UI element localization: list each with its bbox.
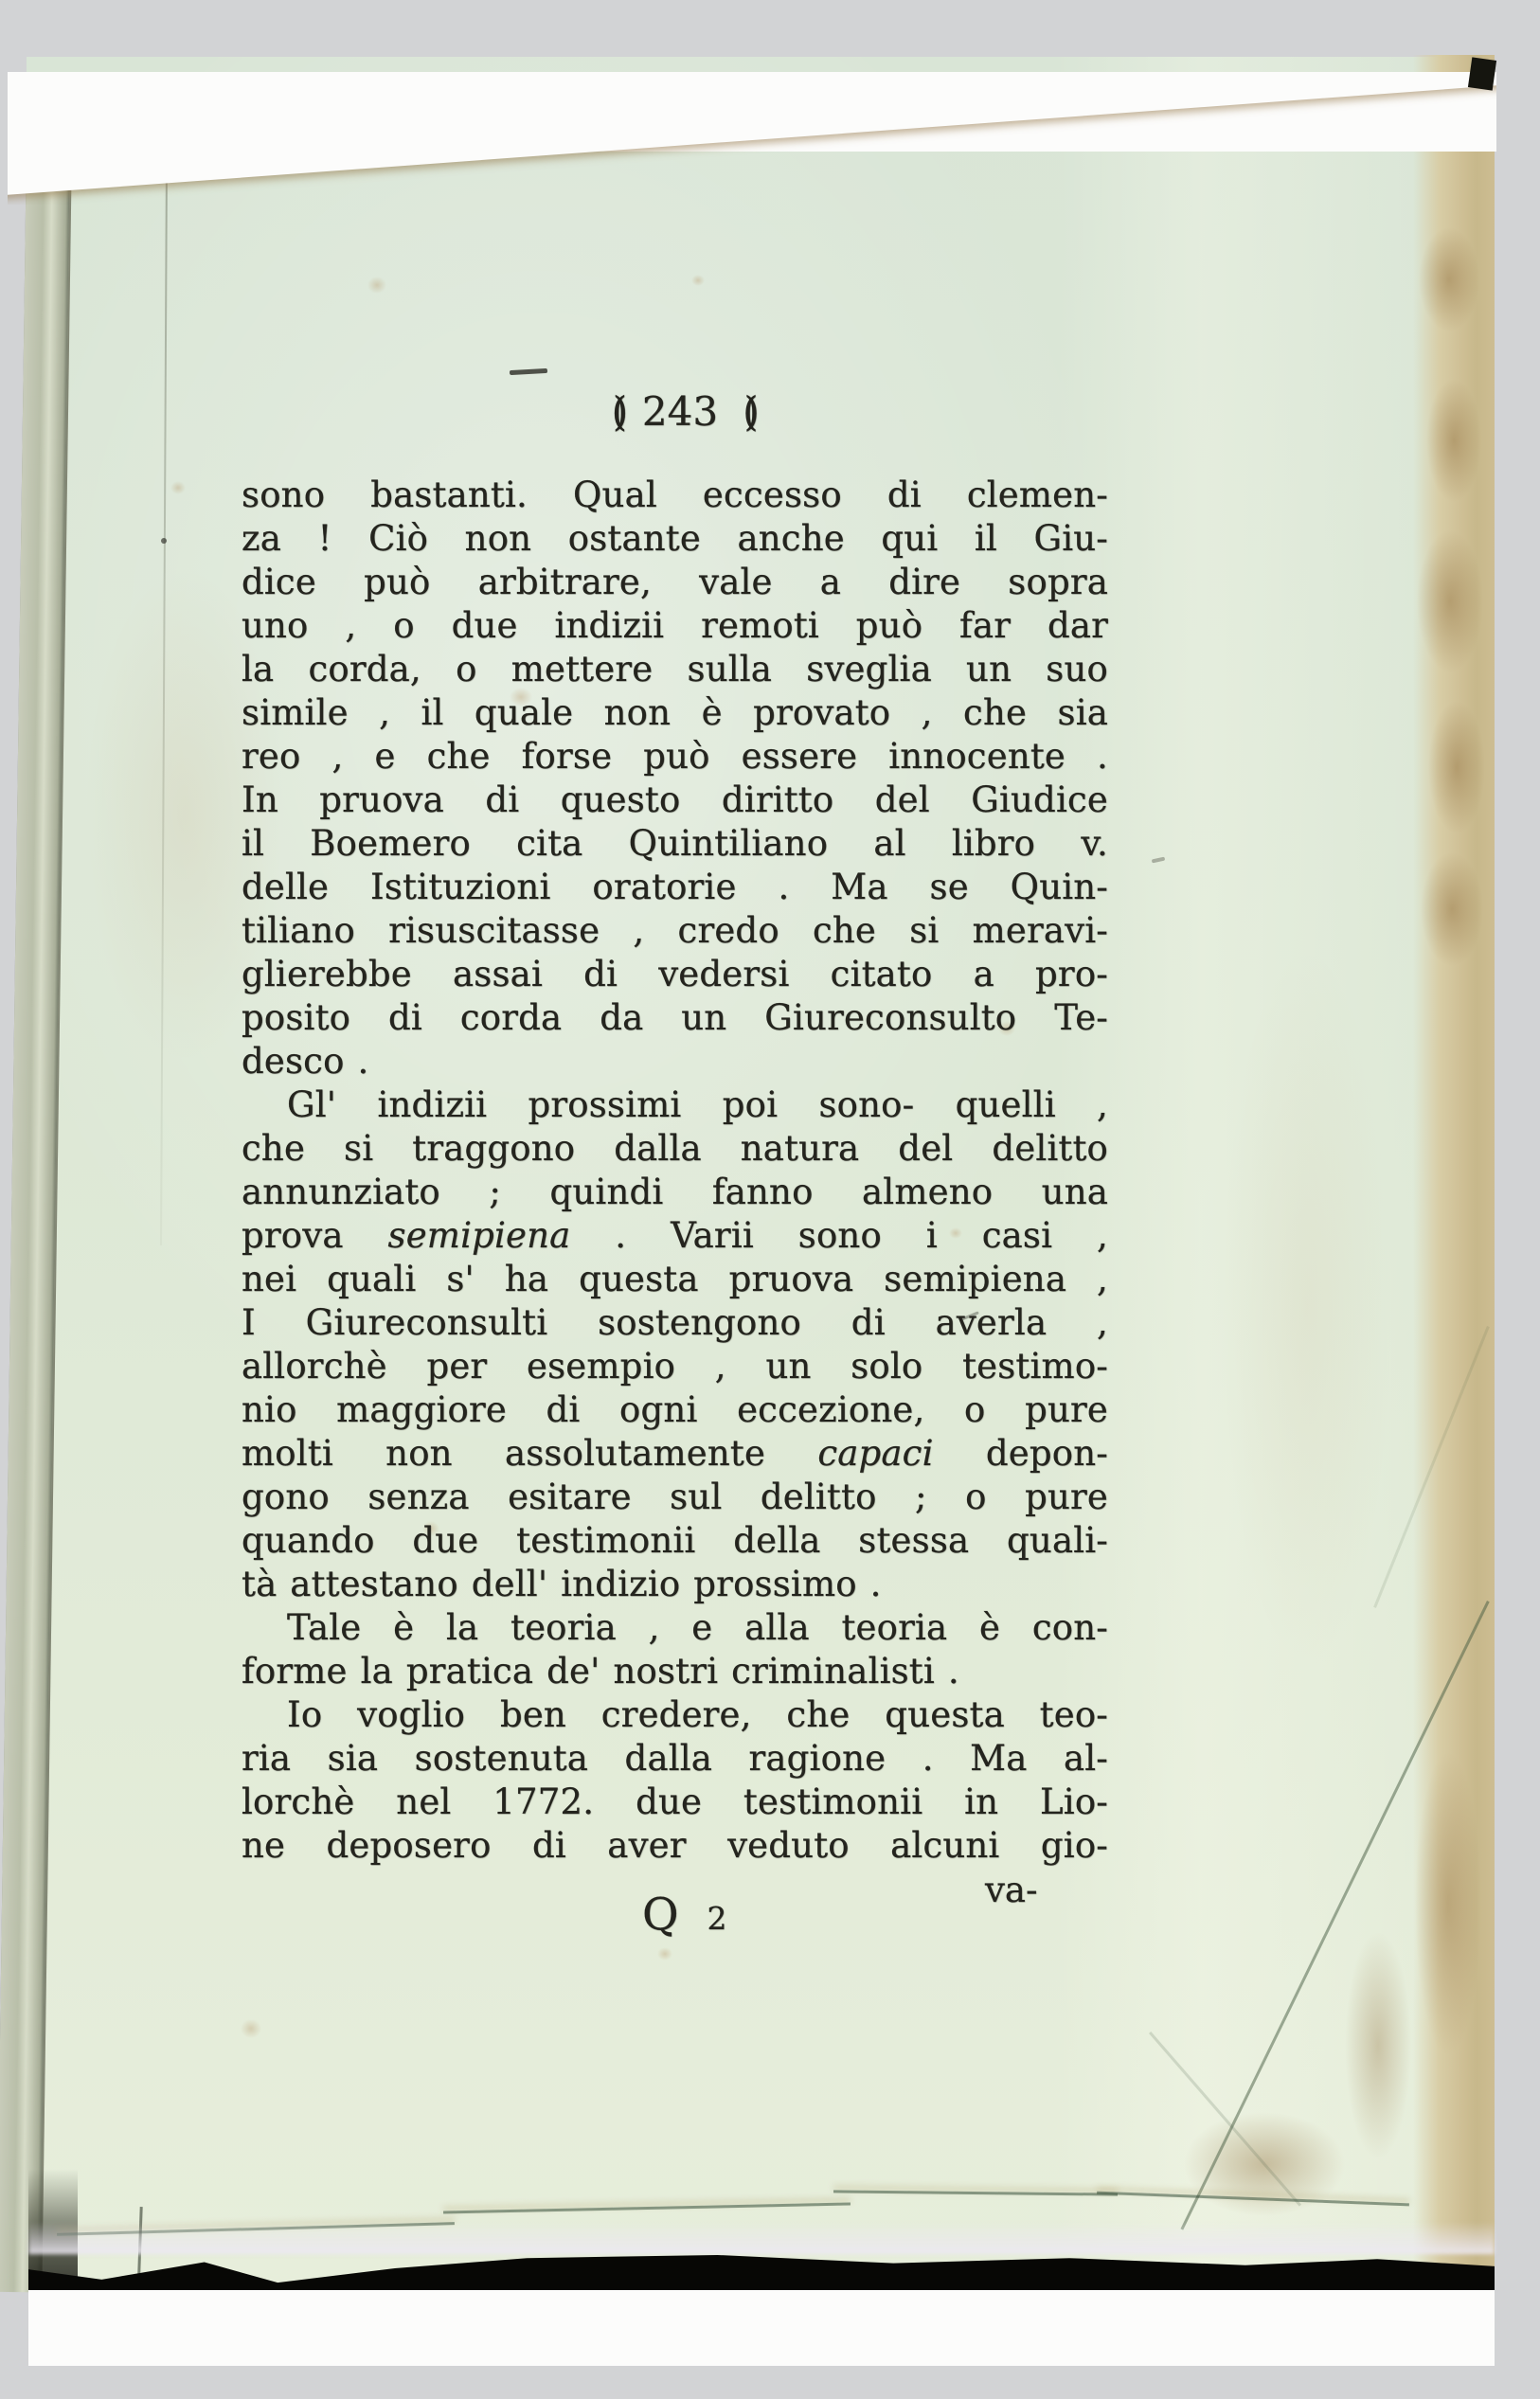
header-ornament-left: )( bbox=[613, 388, 630, 435]
text-line: quando due testimonii della stessa quali… bbox=[242, 1519, 1108, 1563]
text-line: Io voglio ben credere, che questa teo- bbox=[242, 1693, 1108, 1737]
text-block: sono bastanti. Qual eccesso di clemen-za… bbox=[242, 474, 1108, 1868]
text-line: reo , e che forse può essere innocente . bbox=[242, 735, 1108, 779]
text-line: posito di corda da un Giureconsulto Te- bbox=[242, 996, 1108, 1040]
foxing-spot bbox=[691, 275, 705, 286]
corner-notch bbox=[1468, 57, 1496, 90]
page-bottom-deckle bbox=[28, 2222, 1495, 2254]
catchword: va- bbox=[985, 1870, 1037, 1910]
ink-speck bbox=[161, 538, 167, 544]
text-line: uno , o due indizii remoti può far dar bbox=[242, 604, 1108, 648]
quire-signature: Q2 bbox=[642, 1889, 727, 1941]
foxing-spot bbox=[367, 277, 386, 294]
text-line: dice può arbitrare, vale a dire sopra bbox=[242, 561, 1108, 604]
text-line: tiliano risuscitasse , credo che si mera… bbox=[242, 909, 1108, 953]
text-line: allorchè per esempio , un solo testimo- bbox=[242, 1345, 1108, 1388]
text-line: ria sia sostenuta dalla ragione . Ma al- bbox=[242, 1737, 1108, 1781]
text-line: delle Istituzioni oratorie . Ma se Quin- bbox=[242, 866, 1108, 909]
text-line: desco . bbox=[242, 1040, 1108, 1083]
photo-frame-top bbox=[8, 72, 1496, 205]
header-ornament-right: )( bbox=[743, 388, 761, 435]
text-line: I Giureconsulti sostengono di averla , bbox=[242, 1301, 1108, 1345]
page-number: 243 bbox=[642, 388, 718, 435]
text-line: Gl' indizii prossimi poi sono- quelli , bbox=[242, 1083, 1108, 1127]
foxing-spot bbox=[657, 1947, 672, 1960]
text-line: In pruova di questo diritto del Giudice bbox=[242, 779, 1108, 822]
edge-stain bbox=[1419, 227, 1479, 331]
text-line: glierebbe assai di vedersi citato a pro- bbox=[242, 953, 1108, 996]
text-line: annunziato ; quindi fanno almeno una bbox=[242, 1171, 1108, 1214]
signature-number: 2 bbox=[707, 1900, 727, 1937]
text-line: gono senza esitare sul delitto ; o pure bbox=[242, 1476, 1108, 1519]
foxing-spot bbox=[241, 2019, 261, 2038]
text-line: za ! Ciò non ostante anche qui il Giu- bbox=[242, 517, 1108, 561]
text-line: forme la pratica de' nostri criminalisti… bbox=[242, 1650, 1108, 1693]
photo-frame-bottom bbox=[28, 2290, 1495, 2366]
foxing-spot bbox=[170, 481, 186, 494]
edge-stain bbox=[1417, 530, 1483, 672]
text-line: nio maggiore di ogni eccezione, o pure bbox=[242, 1388, 1108, 1432]
edge-stain bbox=[1428, 701, 1485, 833]
edge-stain bbox=[1426, 379, 1481, 502]
text-line: molti non assolutamente capaci depon- bbox=[242, 1432, 1108, 1476]
text-line: tà attestano dell' indizio prossimo . bbox=[242, 1563, 1108, 1606]
text-line: nei quali s' ha questa pruova semipiena … bbox=[242, 1258, 1108, 1301]
text-line: la corda, o mettere sulla sveglia un suo bbox=[242, 648, 1108, 691]
text-line: il Boemero cita Quintiliano al libro v. bbox=[242, 822, 1108, 866]
text-line: sono bastanti. Qual eccesso di clemen- bbox=[242, 474, 1108, 517]
text-line: prova semipiena . Varii sono i casi , bbox=[242, 1214, 1108, 1258]
edge-stain bbox=[1421, 852, 1483, 966]
text-line: lorchè nel 1772. due testimonii in Lio- bbox=[242, 1781, 1108, 1824]
text-line: che si traggono dalla natura del delitto bbox=[242, 1127, 1108, 1171]
text-line: simile , il quale non è provato , che si… bbox=[242, 691, 1108, 735]
page-header: )( 243 )( bbox=[511, 388, 862, 438]
margin-toning bbox=[1222, 947, 1392, 1667]
edge-stain bbox=[1345, 1932, 1411, 2159]
text-line: Tale è la teoria , e alla teoria è con- bbox=[242, 1606, 1108, 1650]
edge-stain bbox=[1415, 1752, 1481, 2055]
text-line: ne deposero di aver veduto alcuni gio- bbox=[242, 1824, 1108, 1868]
scanned-book-photo: )( 243 )( sono bastanti. Qual eccesso di… bbox=[0, 0, 1540, 2399]
signature-letter: Q bbox=[642, 1889, 679, 1941]
